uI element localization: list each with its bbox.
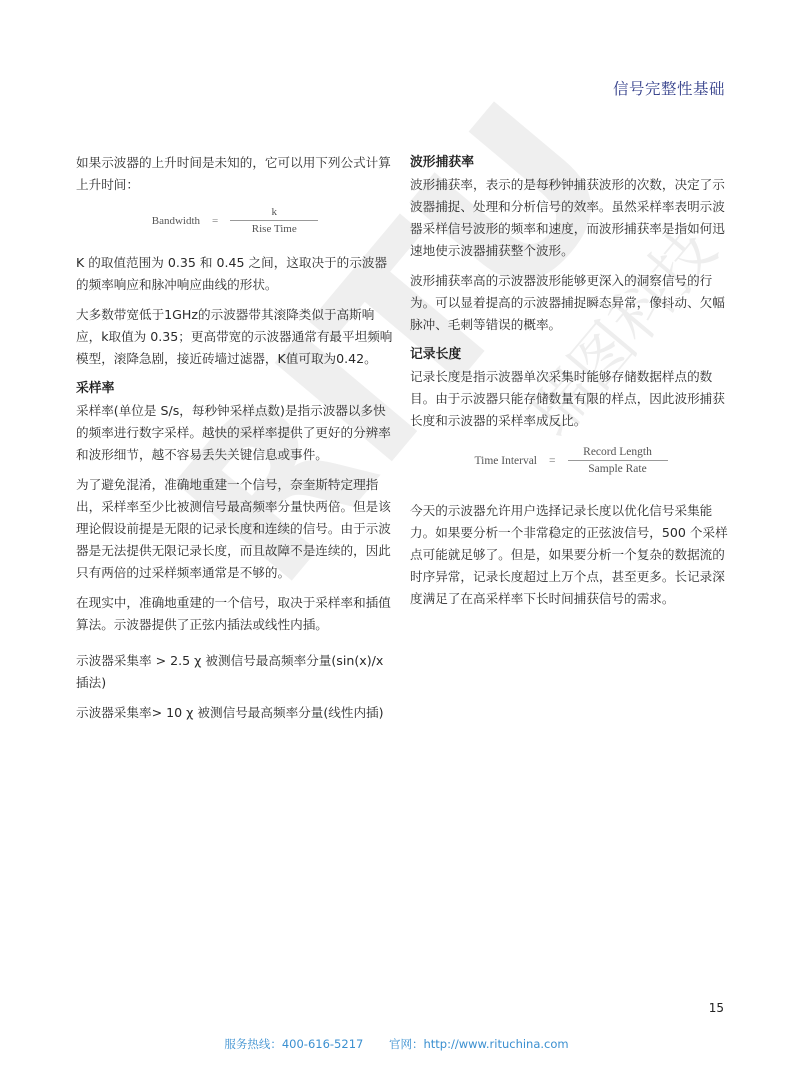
capture-rate-heading: 波形捕获率 <box>410 152 732 174</box>
page-number: 15 <box>709 1001 724 1015</box>
footer-hotline: 服务热线：400-616-5217 <box>224 1037 363 1051</box>
footer-website-link[interactable]: 官网：http://www.rituchina.com <box>389 1037 569 1051</box>
capture-paragraph-1: 波形捕获率，表示的是每秒钟捕获波形的次数，决定了示波器捕捉、处理和分析信号的效率… <box>410 174 732 262</box>
sinx-rule: 示波器采集率 > 2.5 χ 被测信号最高频率分量(sin(x)/x 插法) <box>76 650 394 694</box>
left-column: 如果示波器的上升时间是未知的，它可以用下列公式计算上升时间： Bandwidth… <box>76 152 394 732</box>
k-detail-paragraph: 大多数带宽低于1GHz的示波器带其滚降类似于高斯响应，k取值为 0.35；更高带… <box>76 304 394 370</box>
intro-paragraph: 如果示波器的上升时间是未知的，它可以用下列公式计算上升时间： <box>76 152 394 196</box>
record-length-heading: 记录长度 <box>410 344 732 366</box>
formula-fraction: Record Length Sample Rate <box>568 444 668 478</box>
right-column: 波形捕获率 波形捕获率，表示的是每秒钟捕获波形的次数，决定了示波器捕捉、处理和分… <box>410 152 732 618</box>
formula-denominator: Rise Time <box>246 221 303 238</box>
record-paragraph-1: 记录长度是指示波器单次采集时能够存储数据样点的数目。由于示波器只能存储数量有限的… <box>410 366 732 432</box>
capture-paragraph-2: 波形捕获率高的示波器波形能够更深入的洞察信号的行为。可以显着提高的示波器捕捉瞬态… <box>410 270 732 336</box>
footer: 服务热线：400-616-5217 官网：http://www.rituchin… <box>0 1036 793 1052</box>
formula-equals: = <box>549 450 556 472</box>
linear-rule: 示波器采集率> 10 χ 被测信号最高频率分量(线性内插) <box>76 702 394 724</box>
bandwidth-formula: Bandwidth = k Rise Time <box>76 204 394 238</box>
formula-lhs: Bandwidth <box>152 210 200 232</box>
time-interval-formula: Time Interval = Record Length Sample Rat… <box>410 444 732 478</box>
sampling-paragraph-1: 采样率(单位是 S/s，每秒钟采样点数)是指示波器以多快的频率进行数字采样。越快… <box>76 400 394 466</box>
formula-numerator: Record Length <box>577 444 658 460</box>
formula-equals: = <box>212 210 218 232</box>
formula-fraction: k Rise Time <box>230 204 318 238</box>
formula-lhs: Time Interval <box>475 450 538 472</box>
formula-denominator: Sample Rate <box>582 461 652 478</box>
page-header-title: 信号完整性基础 <box>613 77 725 99</box>
record-paragraph-2: 今天的示波器允许用户选择记录长度以优化信号采集能力。如果要分析一个非常稳定的正弦… <box>410 500 732 610</box>
k-range-paragraph: K 的取值范围为 0.35 和 0.45 之间，这取决于的示波器的频率响应和脉冲… <box>76 252 394 296</box>
formula-numerator: k <box>266 204 284 220</box>
sampling-rate-heading: 采样率 <box>76 378 394 400</box>
sampling-paragraph-3: 在现实中，准确地重建的一个信号，取决于采样率和插值算法。示波器提供了正弦内插法或… <box>76 592 394 636</box>
sampling-paragraph-2: 为了避免混淆，准确地重建一个信号，奈奎斯特定理指出，采样率至少比被测信号最高频率… <box>76 474 394 584</box>
